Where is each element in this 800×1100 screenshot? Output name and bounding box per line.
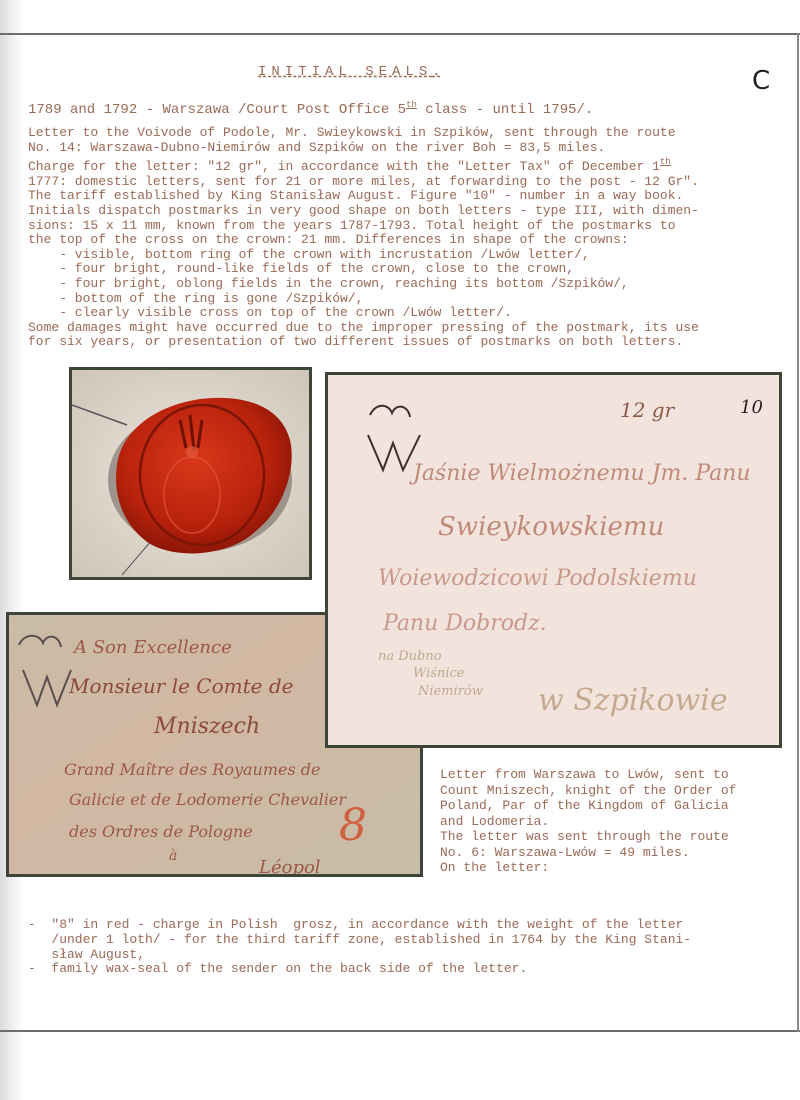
address-line: Léopol bbox=[258, 857, 321, 874]
intro-line: sions: 15 x 11 mm, known from the years … bbox=[28, 219, 699, 234]
caption-line: Poland, Par of the Kingdom of Galicia bbox=[440, 798, 736, 814]
crown-difference-item: - clearly visible cross on top of the cr… bbox=[28, 306, 699, 321]
route-note-line: Wiśnice bbox=[413, 666, 465, 681]
lwow-letter-caption: Letter from Warszawa to Lwów, sent toCou… bbox=[440, 767, 736, 876]
destination-line: w Szpikowie bbox=[538, 683, 728, 718]
wax-seal-image bbox=[72, 370, 309, 577]
intro-line: Letter to the Voivode of Podole, Mr. Swi… bbox=[28, 126, 699, 141]
address-line: A Son Excellence bbox=[72, 637, 232, 658]
heading-ordinal: th bbox=[406, 100, 417, 110]
address-line: Monsieur le Comte de bbox=[68, 674, 293, 698]
intro-line: Initials dispatch postmarks in very good… bbox=[28, 204, 699, 219]
address-line: Panu Dobrodz. bbox=[382, 611, 547, 636]
address-line: Mniszech bbox=[153, 714, 260, 739]
top-border-rule bbox=[0, 33, 800, 35]
intro-line: Charge for the letter: "12 gr", in accor… bbox=[28, 155, 699, 175]
note-item: sław August, bbox=[28, 948, 691, 963]
intro-line: No. 14: Warszawa-Dubno-Niemirów and Szpi… bbox=[28, 141, 699, 156]
address-line: des Ordres de Pologne bbox=[69, 822, 253, 841]
crown-difference-item: - bottom of the ring is gone /Szpików/, bbox=[28, 292, 699, 307]
route-note-line: na Dubno bbox=[378, 649, 442, 664]
szpikow-letter-image: 12 gr 10 Jaśnie Wielmożnemu Jm. Panu Swi… bbox=[328, 375, 779, 745]
wax-seal-photo bbox=[69, 367, 312, 580]
crown-difference-item: - four bright, round-like fields of the … bbox=[28, 262, 699, 277]
intro-line: The tariff established by King Stanisław… bbox=[28, 189, 699, 204]
address-line: Woiewodzicowi Podolskiemu bbox=[378, 566, 697, 591]
note-item: /under 1 loth/ - for the third tariff zo… bbox=[28, 933, 691, 948]
caption-line: On the letter: bbox=[440, 860, 736, 876]
note-item: - family wax-seal of the sender on the b… bbox=[28, 962, 691, 977]
page-title: INITIAL SEALS. bbox=[258, 64, 441, 80]
route-note-line: Niemirów bbox=[417, 684, 483, 699]
december-ordinal: th bbox=[660, 157, 671, 167]
charge-mark-12gr: 12 gr bbox=[620, 398, 676, 422]
heading-suffix: class - until 1795/. bbox=[417, 102, 593, 118]
crown-difference-item: - four bright, oblong fields in the crow… bbox=[28, 277, 699, 292]
address-line: Grand Maître des Royaumes de bbox=[64, 760, 321, 779]
caption-line: and Lodomeria. bbox=[440, 814, 736, 830]
right-border-rule bbox=[797, 33, 799, 1032]
address-line: à bbox=[169, 848, 177, 864]
caption-line: No. 6: Warszawa-Lwów = 49 miles. bbox=[440, 845, 736, 861]
page-binding-shadow bbox=[0, 0, 24, 1100]
intro-line: 1777: domestic letters, sent for 21 or m… bbox=[28, 175, 699, 190]
note-item: - "8" in red - charge in Polish grosz, i… bbox=[28, 918, 691, 933]
intro-line: the top of the cross on the crown: 21 mm… bbox=[28, 233, 699, 248]
caption-line: Letter from Warszawa to Lwów, sent to bbox=[440, 767, 736, 783]
red-charge-mark-8: 8 bbox=[339, 800, 367, 851]
address-line: Galicie et de Lodomerie Chevalier bbox=[69, 790, 347, 809]
szpikow-letter-photo: 12 gr 10 Jaśnie Wielmożnemu Jm. Panu Swi… bbox=[325, 372, 782, 748]
waybook-number: 10 bbox=[740, 397, 763, 418]
crown-difference-item: - visible, bottom ring of the crown with… bbox=[28, 248, 699, 263]
intro-paragraph: Letter to the Voivode of Podole, Mr. Swi… bbox=[28, 126, 699, 350]
page-letter-label: C bbox=[752, 66, 770, 96]
address-line: Swieykowskiemu bbox=[438, 512, 664, 542]
bottom-border-rule bbox=[0, 1030, 800, 1032]
intro-line: for six years, or presentation of two di… bbox=[28, 335, 699, 350]
section-heading: 1789 and 1792 - Warszawa /Court Post Off… bbox=[28, 98, 593, 118]
caption-line: Count Mniszech, knight of the Order of bbox=[440, 783, 736, 799]
heading-prefix: 1789 and 1792 - Warszawa /Court Post Off… bbox=[28, 102, 406, 118]
intro-line-text: Charge for the letter: "12 gr", in accor… bbox=[28, 159, 660, 174]
page-title-dot: . bbox=[432, 64, 440, 80]
address-line: Jaśnie Wielmożnemu Jm. Panu bbox=[409, 461, 751, 486]
letter-notes-list: - "8" in red - charge in Polish grosz, i… bbox=[28, 918, 691, 977]
intro-line: Some damages might have occurred due to … bbox=[28, 321, 699, 336]
caption-line: The letter was sent through the route bbox=[440, 829, 736, 845]
page-title-text: INITIAL SEALS bbox=[258, 64, 432, 80]
